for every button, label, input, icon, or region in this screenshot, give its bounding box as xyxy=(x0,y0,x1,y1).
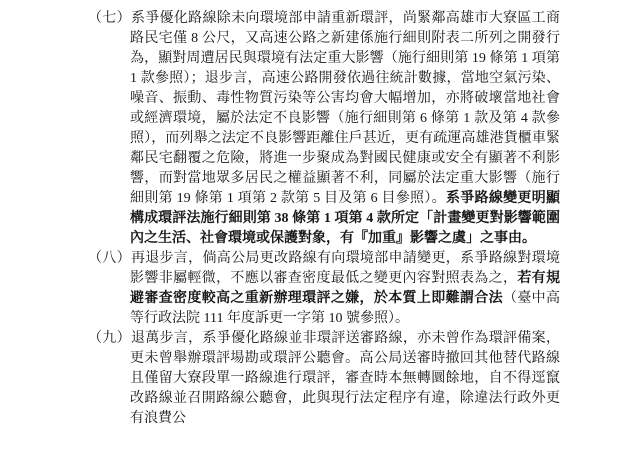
paragraph-7: （七）系爭優化路線除未向環境部申請重新環評，尚緊鄰高雄市大寮區工商路民宅僅 8 … xyxy=(88,9,560,249)
document-page: （七）系爭優化路線除未向環境部申請重新環評，尚緊鄰高雄市大寮區工商路民宅僅 8 … xyxy=(0,0,640,453)
paragraph-8-marker: （八） xyxy=(88,251,131,266)
paragraph-8-run-normal-1: 再退步言，倘高公局更改路線有向環境部申請變更，系爭路線對環境影響非屬輕微，不應以… xyxy=(130,251,560,286)
paragraph-8: （八）再退步言，倘高公局更改路線有向環境部申請變更，系爭路線對環境影響非屬輕微，… xyxy=(88,249,560,329)
paragraph-7-marker: （七） xyxy=(88,11,131,26)
paragraph-9-run-normal: 退萬步言，系爭優化路線並非環評送審路線，亦未曾作為環評備案，更未曾舉辦環評場勘或… xyxy=(130,331,560,426)
paragraph-9: （九）退萬步言，系爭優化路線並非環評送審路線，亦未曾作為環評備案，更未曾舉辦環評… xyxy=(88,329,560,429)
paragraph-7-run-normal: 系爭優化路線除未向環境部申請重新環評，尚緊鄰高雄市大寮區工商路民宅僅 8 公尺，… xyxy=(130,11,560,206)
paragraph-9-marker: （九） xyxy=(88,331,131,346)
